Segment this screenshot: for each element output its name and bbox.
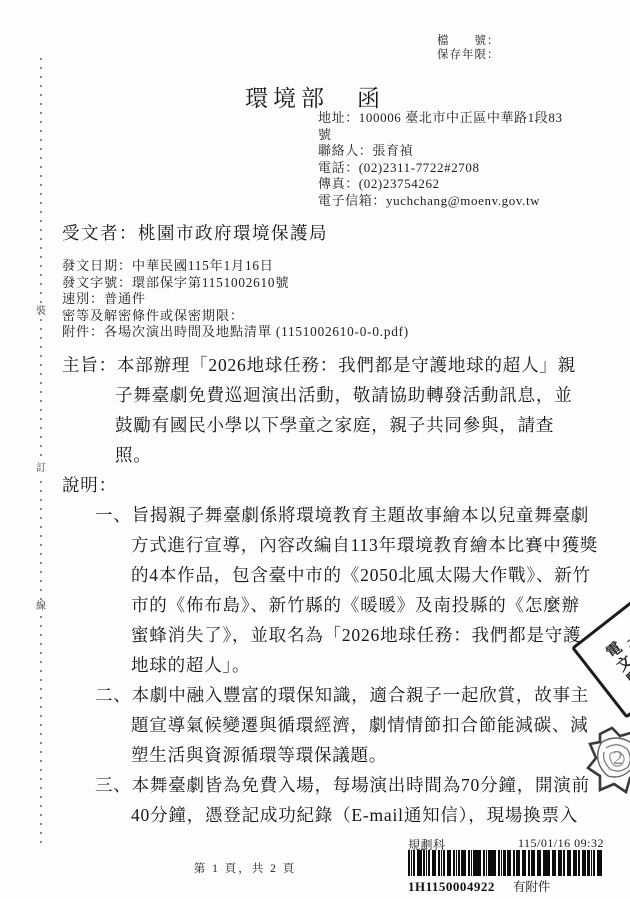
sender-contact-block: 地址：100006 臺北市中正區中華路1段83 號 聯絡人：張育禎 電話：(02… (318, 110, 618, 210)
explanation-item-1: 一、旨揭親子舞臺劇係將環境教育主題故事繪本以兒童舞臺劇 方式進行宣導，內容改編自… (95, 500, 610, 680)
binding-dotted-line (40, 58, 42, 850)
barcode-number: 1H1150004922 (408, 879, 495, 895)
letter-body: 主旨：本部辦理「2026地球任務：我們都是守護地球的超人」親 子舞臺劇免費巡迴演… (62, 350, 610, 830)
document-title: 環境部 函 (0, 80, 630, 113)
official-letter-page: 裝 訂 線 檔 號： 保存年限： 環境部 函 地址：100006 臺北市中正區中… (0, 0, 630, 899)
binding-mark-ding: 訂 (34, 463, 48, 475)
attachment-flag: 有附件 (513, 877, 551, 895)
explanation-label: 說明： (62, 470, 610, 500)
svg-text:2: 2 (613, 747, 623, 769)
document-meta-block: 發文日期：中華民國115年1月16日 發文字號：環部保字第1151002610號… (62, 258, 409, 341)
recipient-line: 受文者：桃園市政府環境保護局 (62, 220, 328, 245)
barcode (408, 850, 602, 876)
page-number-info: 第 1 頁，共 2 頁 (130, 860, 360, 876)
binding-mark-xian: 線 (34, 601, 48, 613)
explanation-item-3: 三、本舞臺劇皆為免費入場，每場演出時間為70分鐘，開演前 40分鐘，憑登記成功紀… (95, 770, 610, 830)
barcode-caption: 1H1150004922 有附件 (408, 877, 618, 895)
binding-mark-zhuang: 裝 (34, 306, 48, 318)
star-seal-stamp-icon: 2 (586, 720, 630, 808)
file-number-retention-labels: 檔 號： 保存年限： (437, 35, 500, 62)
subject-paragraph: 主旨：本部辦理「2026地球任務：我們都是守護地球的超人」親 子舞臺劇免費巡迴演… (62, 350, 610, 470)
explanation-item-2: 二、本劇中融入豐富的環保知識，適合親子一起欣賞，故事主 題宣導氣候變遷與循環經濟… (95, 680, 610, 770)
